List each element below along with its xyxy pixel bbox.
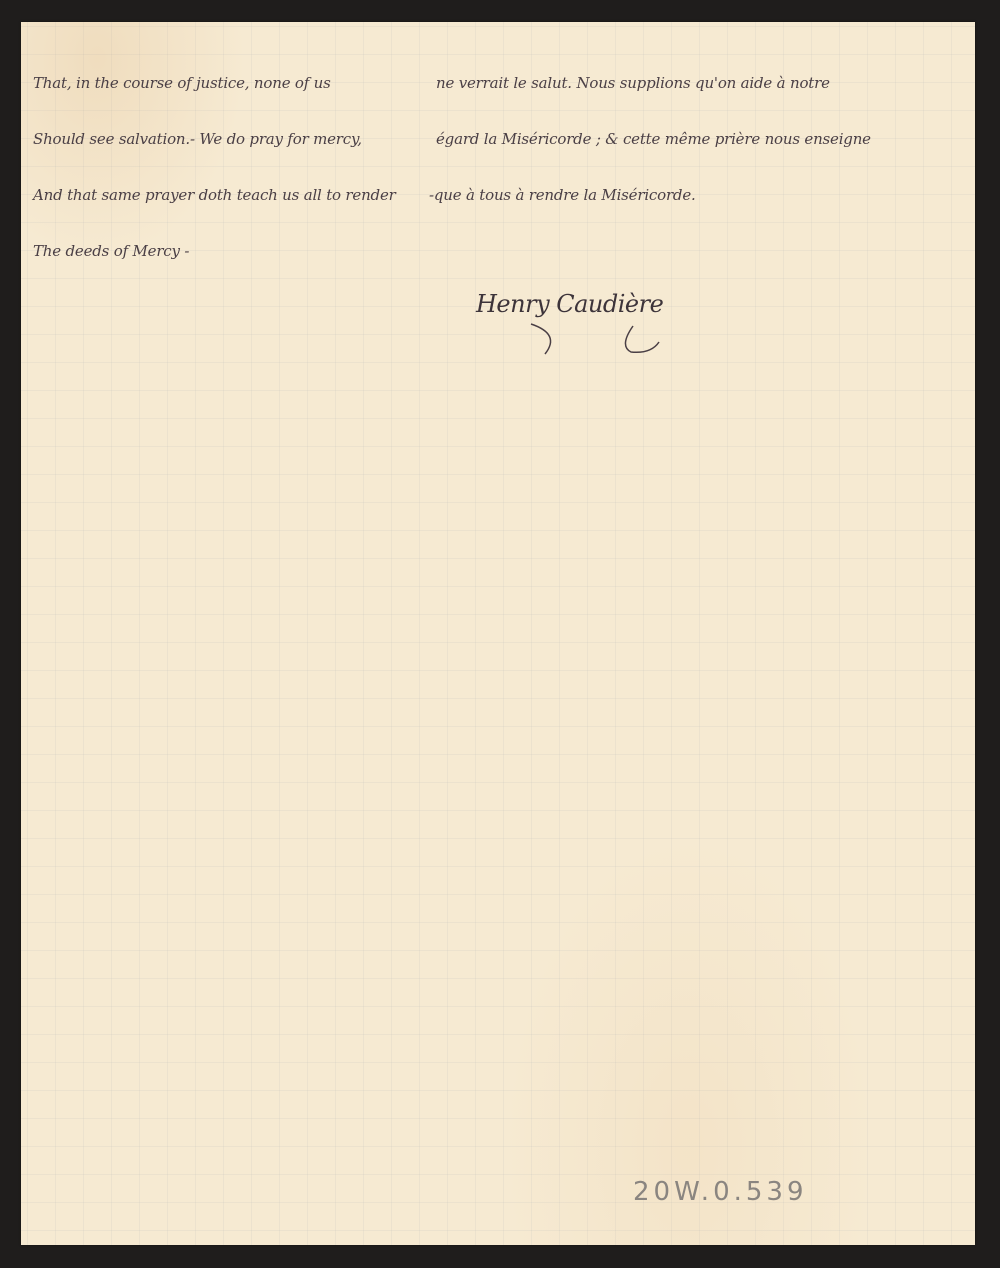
signature-flourish-icon [521, 320, 691, 360]
signature: Henry Caudière [476, 290, 663, 318]
english-line-1: That, in the course of justice, none of … [33, 74, 331, 92]
french-line-3: -que à tous à rendre la Miséricorde. [429, 186, 696, 204]
english-line-2: Should see salvation.- We do pray for me… [33, 130, 362, 148]
french-line-2: égard la Miséricorde ; & cette même priè… [436, 130, 871, 148]
catalog-number: 20W.0.539 [633, 1177, 808, 1207]
english-line-4: The deeds of Mercy - [33, 242, 189, 260]
french-line-1: ne verrait le salut. Nous supplions qu'o… [436, 74, 830, 92]
letter-paper: That, in the course of justice, none of … [21, 22, 975, 1245]
english-line-3: And that same prayer doth teach us all t… [33, 186, 396, 204]
